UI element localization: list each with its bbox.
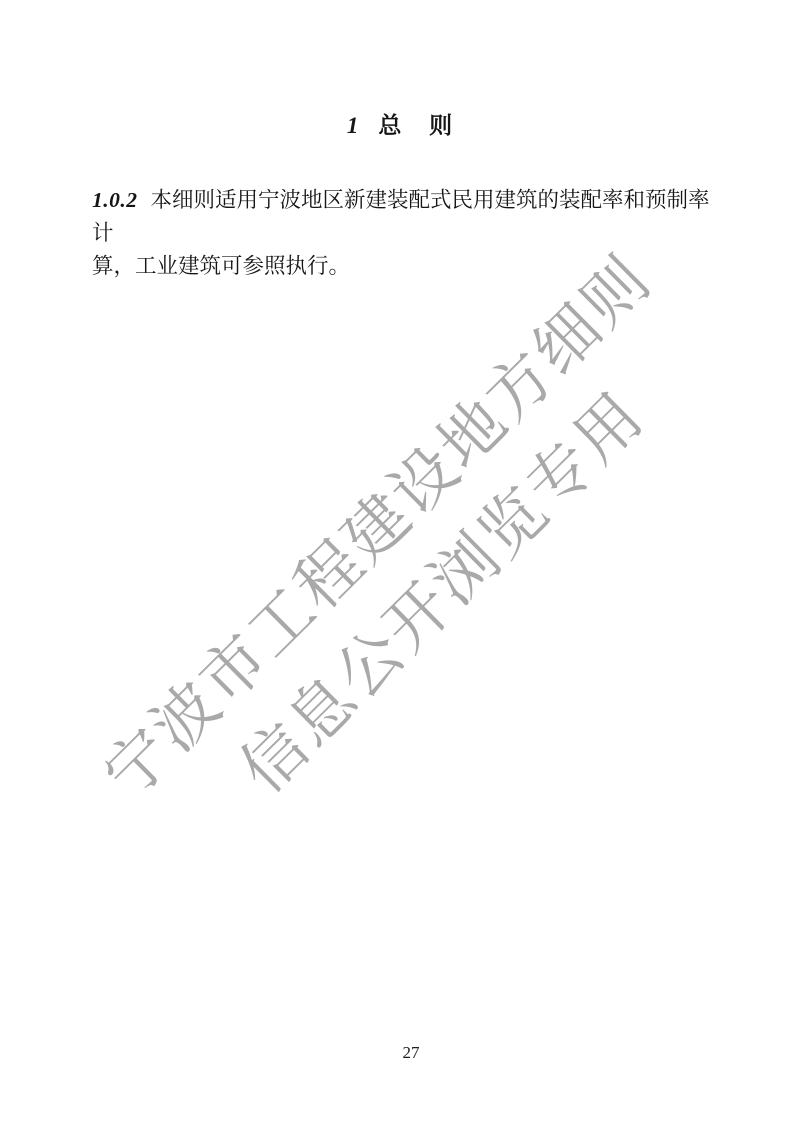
- section-number: 1: [347, 113, 359, 138]
- paragraph-line-1: 1.0.2本细则适用宁波地区新建装配式民用建筑的装配率和预制率计: [92, 184, 714, 250]
- paragraph-line-2: 算，工业建筑可参照执行。: [92, 250, 714, 283]
- section-title: 总 则: [378, 113, 453, 138]
- watermark: 宁波市工程建设地方细则 信息公开浏览专用: [84, 236, 737, 885]
- clause-paragraph: 1.0.2本细则适用宁波地区新建装配式民用建筑的装配率和预制率计 算，工业建筑可…: [92, 184, 714, 283]
- paragraph-text-line-1: 本细则适用宁波地区新建装配式民用建筑的装配率和预制率计: [92, 188, 710, 245]
- section-heading: 1总 则: [0, 107, 800, 140]
- paragraph-text-line-2: 算，工业建筑可参照执行。: [92, 254, 350, 278]
- watermark-line-1: 宁波市工程建设地方细则: [84, 236, 673, 820]
- clause-number: 1.0.2: [92, 188, 138, 212]
- watermark-line-2: 信息公开浏览专用: [149, 301, 738, 885]
- page-canvas: 1总 则 1.0.2本细则适用宁波地区新建装配式民用建筑的装配率和预制率计 算，…: [0, 0, 800, 1131]
- document-page: { "page": { "heading": { "number": "1", …: [0, 0, 800, 1131]
- page-number: 27: [351, 1043, 471, 1063]
